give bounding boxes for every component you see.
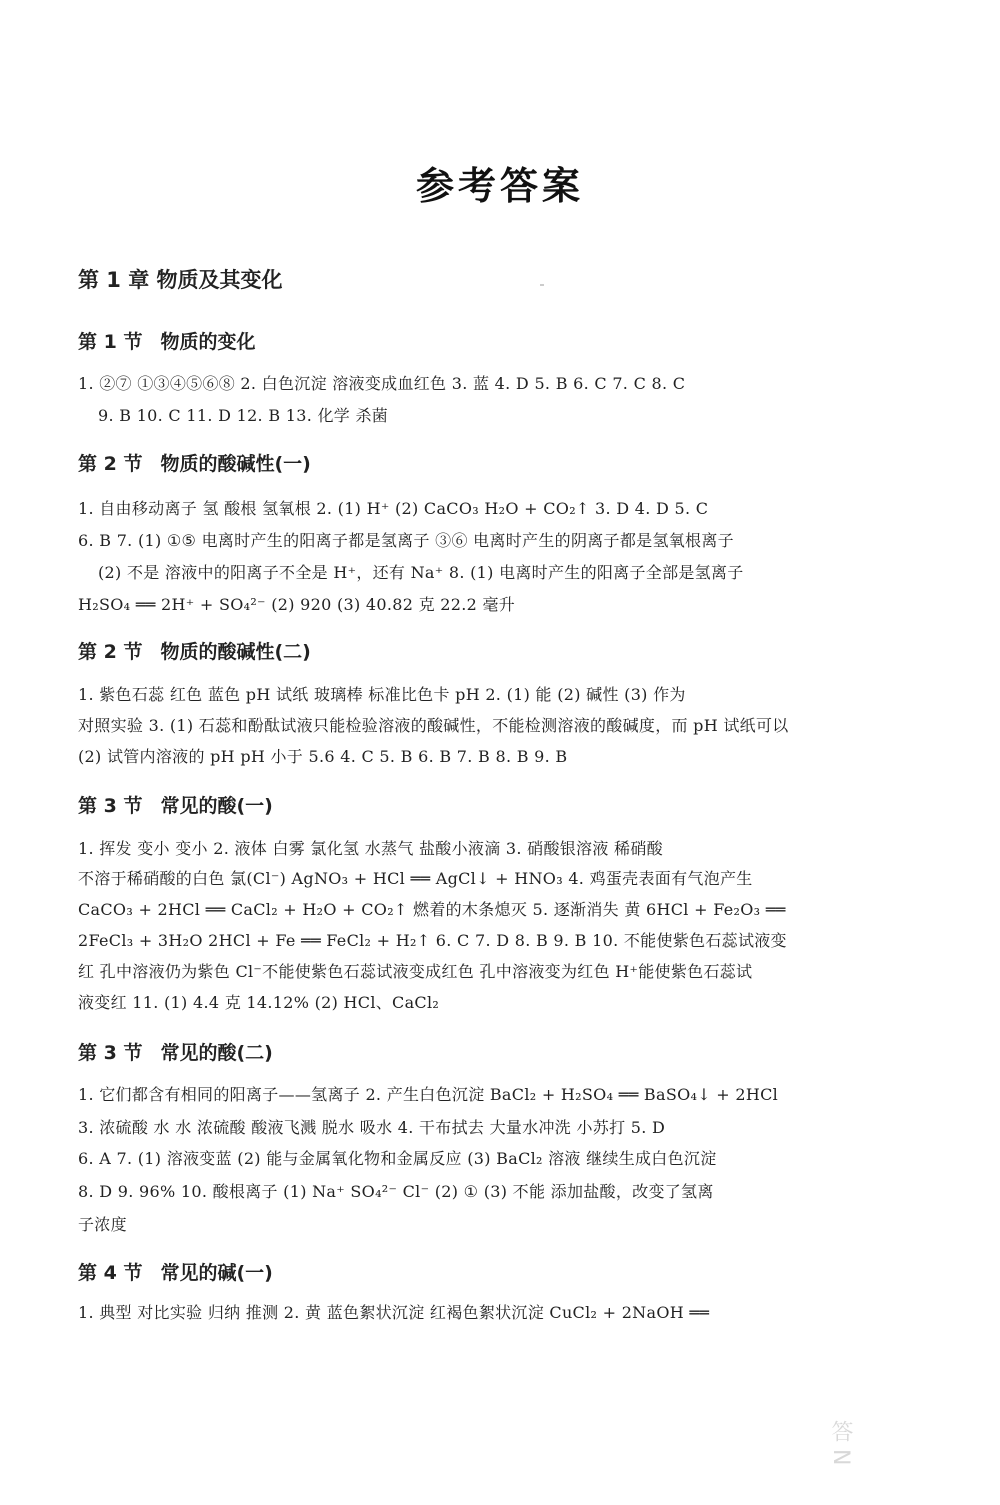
section-number: 第 3 节	[78, 1042, 142, 1064]
answer-line: H₂SO₄ ══ 2H⁺ + SO₄²⁻ (2) 920 (3) 40.82 克…	[78, 592, 515, 615]
section-name: 物质的酸碱性(二)	[160, 641, 310, 663]
answer-line: 1. 它们都含有相同的阳离子——氢离子 2. 产生白色沉淀 BaCl₂ + H₂…	[78, 1082, 778, 1105]
answer-line: 液变红 11. (1) 4.4 克 14.12% (2) HCl、CaCl₂	[78, 990, 439, 1013]
answer-line: 1. 紫色石蕊 红色 蓝色 pH 试纸 玻璃棒 标准比色卡 pH 2. (1) …	[78, 682, 686, 705]
answer-line: 6. B 7. (1) ①⑤ 电离时产生的阳离子都是氢离子 ③⑥ 电离时产生的阴…	[78, 528, 734, 551]
section-number: 第 1 节	[78, 331, 142, 353]
section-number: 第 4 节	[78, 1262, 142, 1284]
section-name: 物质的酸碱性(一)	[160, 453, 310, 475]
section-number: 第 2 节	[78, 641, 142, 663]
answer-line: 子浓度	[78, 1212, 127, 1235]
answer-line: (2) 试管内溶液的 pH pH 小于 5.6 4. C 5. B 6. B 7…	[78, 744, 568, 767]
section-number: 第 3 节	[78, 795, 142, 817]
answer-line: 对照实验 3. (1) 石蕊和酚酞试液只能检验溶液的酸碱性，不能检测溶液的酸碱度…	[78, 713, 789, 736]
scan-speck	[540, 284, 544, 286]
page-title: 参考答案	[0, 155, 1000, 210]
section-heading: 第 2 节物质的酸碱性(一)	[78, 449, 311, 476]
section-name: 常见的碱(一)	[160, 1262, 272, 1284]
answer-line: 1. 典型 对比实验 归纳 推测 2. 黄 蓝色絮状沉淀 红褐色絮状沉淀 CuC…	[78, 1300, 709, 1323]
answer-line: 1. 自由移动离子 氢 酸根 氢氧根 2. (1) H⁺ (2) CaCO₃ H…	[78, 496, 708, 519]
answer-line: 不溶于稀硝酸的白色 氯(Cl⁻) AgNO₃ + HCl ══ AgCl↓ + …	[78, 866, 753, 889]
answer-line: 1. 挥发 变小 变小 2. 液体 白雾 氯化氢 水蒸气 盐酸小液滴 3. 硝酸…	[78, 836, 663, 859]
answer-line: 1. ②⑦ ①③④⑤⑥⑧ 2. 白色沉淀 溶液变成血红色 3. 蓝 4. D 5…	[78, 371, 685, 394]
section-heading: 第 2 节物质的酸碱性(二)	[78, 637, 311, 664]
section-name: 常见的酸(一)	[160, 795, 272, 817]
answer-line: 3. 浓硫酸 水 水 浓硫酸 酸液飞溅 脱水 吸水 4. 干布拭去 大量水冲洗 …	[78, 1115, 665, 1138]
answer-line: 6. A 7. (1) 溶液变蓝 (2) 能与金属氧化物和金属反应 (3) Ba…	[78, 1146, 717, 1169]
section-heading: 第 4 节常见的碱(一)	[78, 1258, 273, 1285]
section-name: 常见的酸(二)	[160, 1042, 272, 1064]
answer-line: CaCO₃ + 2HCl ══ CaCl₂ + H₂O + CO₂↑ 燃着的木条…	[78, 897, 786, 920]
section-name: 物质的变化	[160, 331, 255, 353]
answer-line: (2) 不是 溶液中的阳离子不全是 H⁺，还有 Na⁺ 8. (1) 电离时产生…	[98, 560, 744, 583]
section-heading: 第 1 节物质的变化	[78, 327, 255, 354]
answer-line: 2FeCl₃ + 3H₂O 2HCl + Fe ══ FeCl₂ + H₂↑ 6…	[78, 928, 787, 951]
answer-line: 8. D 9. 96% 10. 酸根离子 (1) Na⁺ SO₄²⁻ Cl⁻ (…	[78, 1179, 714, 1202]
chapter-heading: 第 1 章 物质及其变化	[78, 264, 283, 294]
answer-line: 红 孔中溶液仍为紫色 Cl⁻不能使紫色石蕊试液变成红色 孔中溶液变为红色 H⁺能…	[78, 959, 752, 982]
section-heading: 第 3 节常见的酸(一)	[78, 791, 273, 818]
answer-line: 9. B 10. C 11. D 12. B 13. 化学 杀菌	[98, 403, 388, 426]
section-number: 第 2 节	[78, 453, 142, 475]
watermark: 答 N	[833, 1420, 853, 1500]
section-heading: 第 3 节常见的酸(二)	[78, 1038, 273, 1065]
